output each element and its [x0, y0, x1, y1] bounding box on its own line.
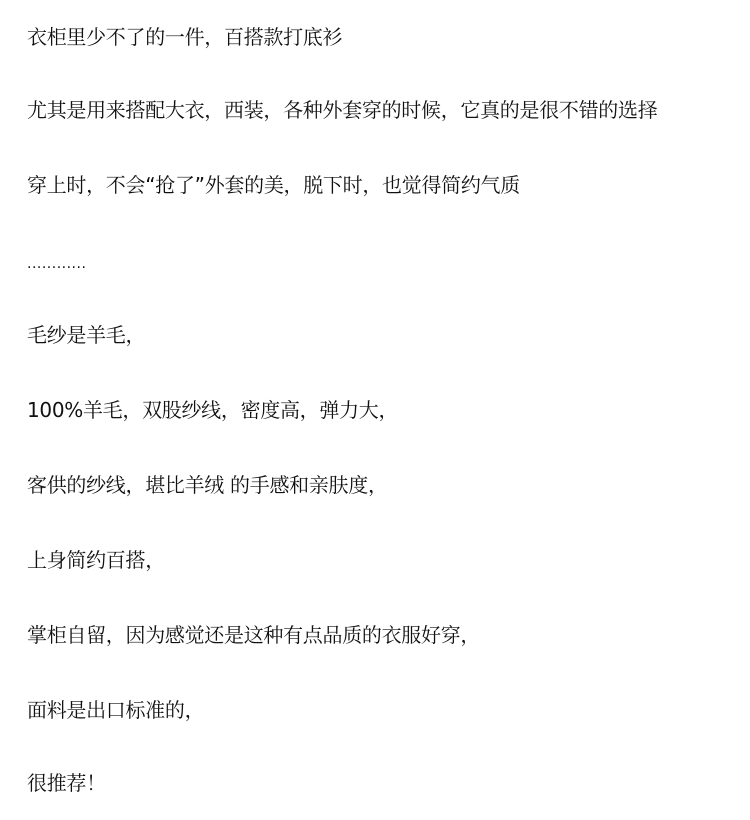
description-line-feel: 客供的纱线，堪比羊绒 的手感和亲肤度， — [27, 473, 388, 497]
description-line-pairing: 尤其是用来搭配大衣，西装，各种外套穿的时候，它真的是很不错的选择 — [27, 98, 657, 122]
description-line-intro: 衣柜里少不了的一件，百搭款打底衫 — [27, 25, 342, 49]
description-line-fabric: 面料是出口标准的， — [27, 698, 204, 722]
description-line-owner-pick: 掌柜自留，因为感觉还是这种有点品质的衣服好穿， — [27, 623, 480, 647]
description-line-style: 穿上时，不会“抢了”外套的美，脱下时，也觉得简约气质 — [27, 173, 520, 197]
description-line-yarn: 毛纱是羊毛， — [27, 323, 145, 347]
description-line-versatile: 上身简约百搭， — [27, 548, 165, 572]
description-line-wool-spec: 100%羊毛，双股纱线，密度高，弹力大， — [27, 398, 398, 422]
description-line-recommend: 很推荐！ — [27, 771, 106, 795]
ellipsis-separator: ............ — [27, 252, 86, 276]
